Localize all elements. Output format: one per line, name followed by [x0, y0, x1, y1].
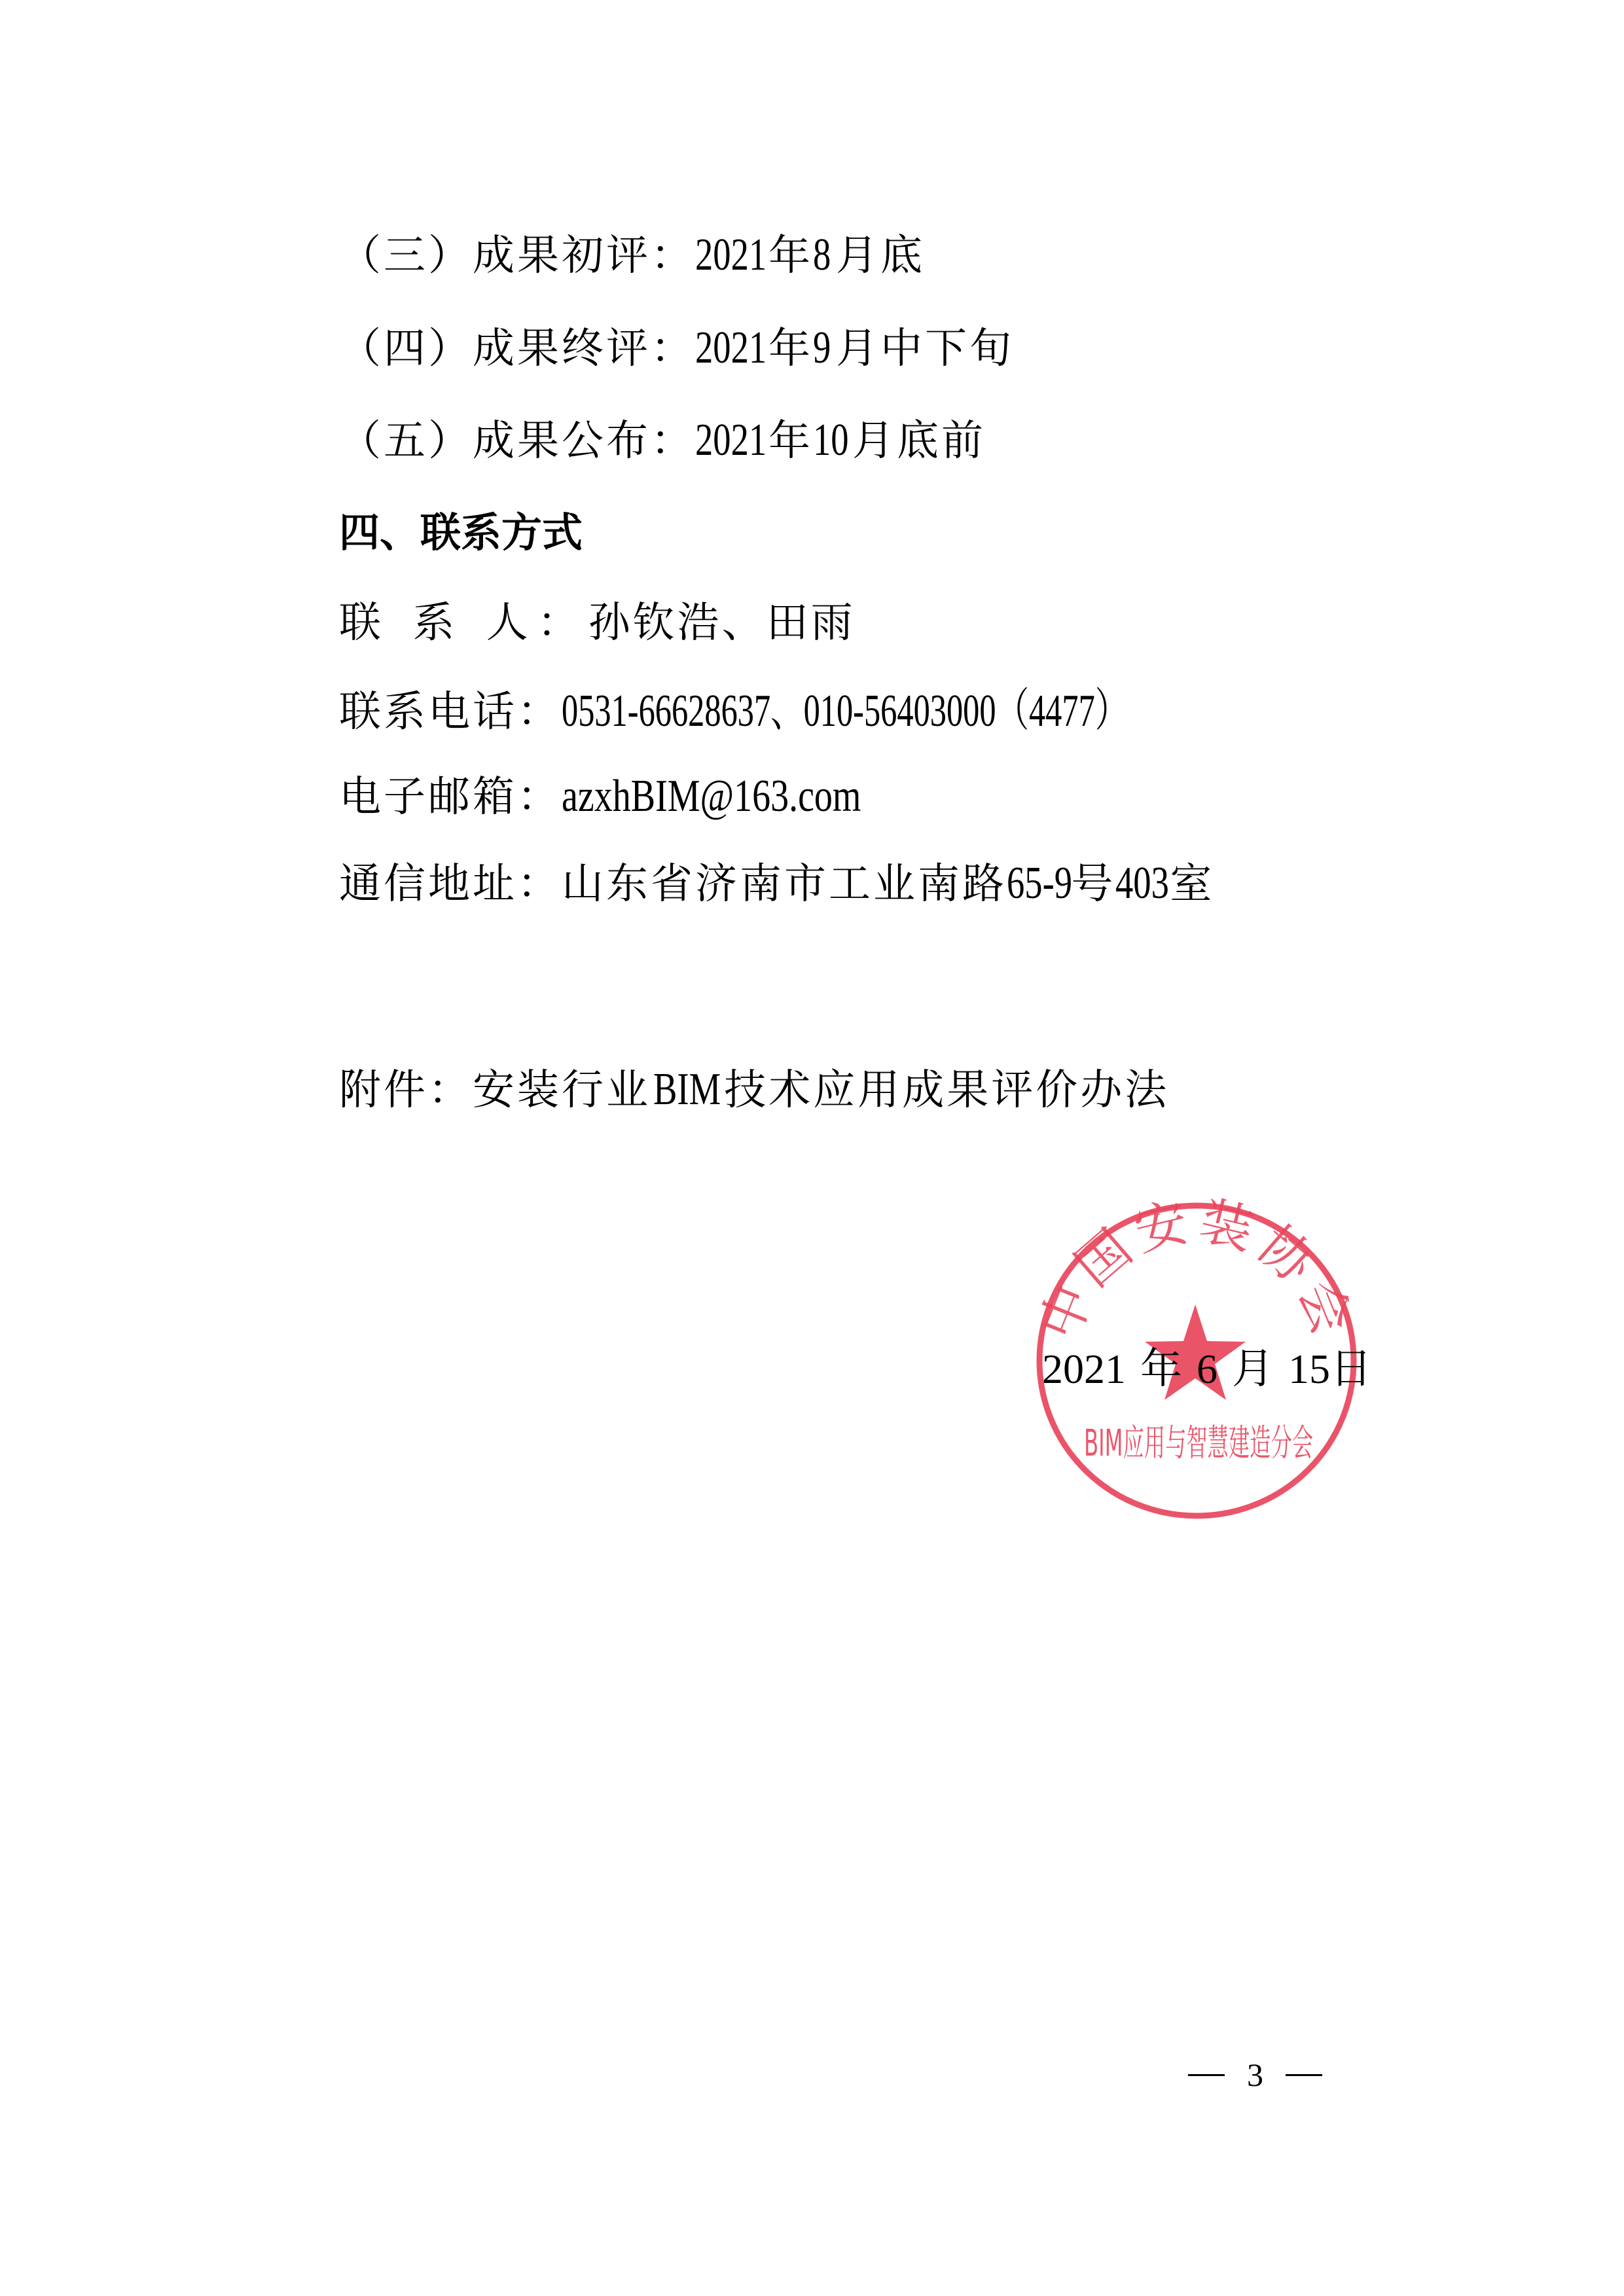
attachment-title: 安装行业	[473, 1064, 651, 1117]
contact-address-label: 通信地址：	[339, 858, 562, 910]
date-month-unit: 月	[1232, 1346, 1274, 1392]
seal-top-text: 中国安装协会	[1028, 1190, 1365, 1348]
contact-address-number: 65-9	[1007, 857, 1072, 910]
timeline-label: （五）成果公布：	[339, 415, 695, 467]
timeline-label: （三）成果初评：	[339, 230, 695, 282]
timeline-item-publish: （五）成果公布：2021 年 10 月底前	[339, 414, 986, 467]
contact-email: 电子邮箱：azxhBIM@163.com	[339, 770, 936, 823]
date-year-unit: 年	[1140, 1346, 1182, 1392]
timeline-text: 年	[768, 415, 813, 467]
attachment-line: 附件：安装行业BIM技术应用成果评价办法	[339, 1064, 1169, 1116]
contact-address-text: 室	[1170, 858, 1214, 910]
timeline-label: （四）成果终评：	[339, 323, 695, 375]
date-day: 15	[1288, 1346, 1330, 1392]
timeline-text: 月底	[836, 230, 925, 282]
attachment-label: 附件：	[339, 1064, 473, 1117]
contact-address: 通信地址：山东省济南市工业南路 65-9 号 403 室	[339, 857, 1214, 910]
contact-person-value: 孙钦浩、田雨	[588, 597, 856, 649]
timeline-text: 年	[768, 230, 813, 282]
page-number-value: 3	[1247, 2055, 1263, 2094]
timeline-item-initial-review: （三）成果初评：2021 年 8 月底	[339, 229, 925, 281]
contact-person: 联 系 人：孙钦浩、田雨	[339, 597, 856, 649]
timeline-year: 2021	[695, 322, 767, 374]
signature-date: 2021年6月15日	[1042, 1343, 1372, 1395]
contact-phone: 联系电话：0531-66628637、010-56403000（4477）	[339, 685, 1348, 738]
contact-address-room: 403	[1115, 857, 1169, 910]
timeline-text: 月中下旬	[836, 323, 1014, 375]
timeline-item-final-review: （四）成果终评：2021 年 9 月中下旬	[339, 322, 1014, 374]
seal-bottom-text: BIM应用与智慧建造分会	[1084, 1422, 1313, 1465]
date-month: 6	[1197, 1346, 1218, 1392]
timeline-month: 9	[813, 322, 831, 374]
contact-person-label: 联 系 人：	[339, 597, 588, 649]
page-number: 3	[1188, 2055, 1322, 2094]
contact-address-text: 山东省济南市工业南路	[562, 858, 1007, 910]
contact-address-text: 号	[1071, 858, 1115, 910]
timeline-year: 2021	[695, 414, 767, 467]
timeline-month: 10	[813, 414, 849, 467]
attachment-title-bim: BIM	[653, 1064, 721, 1116]
attachment-title: 技术应用成果评价办法	[724, 1064, 1169, 1117]
date-day-unit: 日	[1330, 1346, 1372, 1392]
timeline-text: 年	[768, 323, 813, 375]
page-number-dash-right	[1286, 2074, 1322, 2076]
contact-phone-label: 联系电话：	[339, 686, 562, 738]
contact-email-label: 电子邮箱：	[339, 771, 562, 823]
timeline-year: 2021	[695, 229, 767, 281]
section-heading-contact: 四、联系方式	[339, 507, 583, 559]
timeline-text: 月底前	[852, 415, 986, 467]
timeline-month: 8	[813, 229, 831, 281]
page-number-dash-left	[1188, 2074, 1225, 2076]
contact-email-link[interactable]: azxhBIM@163.com	[562, 770, 861, 823]
contact-phone-value: 0531-66628637、010-56403000（4477）	[562, 685, 1128, 738]
date-year: 2021	[1042, 1346, 1126, 1392]
